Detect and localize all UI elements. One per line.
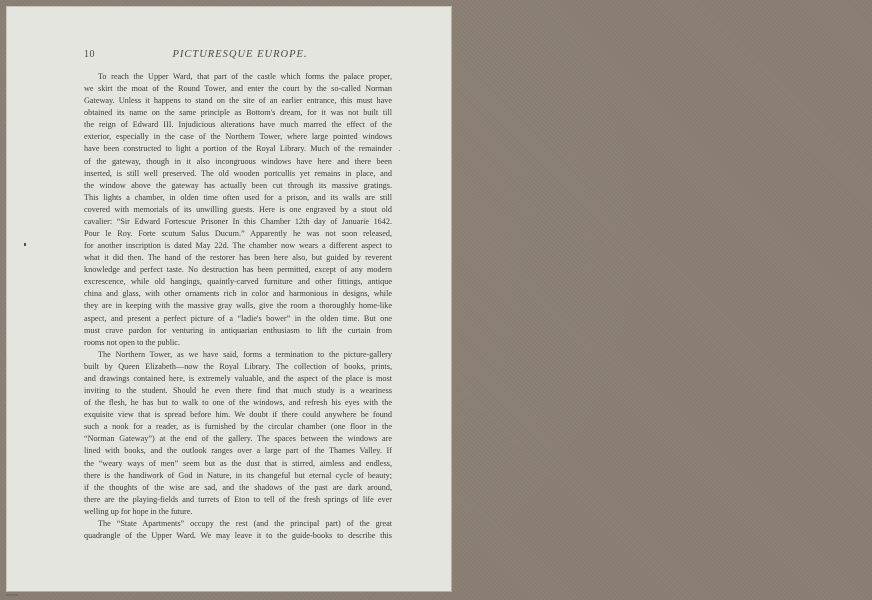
text-line: Gateway. Unless it happens to stand on t…: [84, 95, 392, 107]
running-title: PICTURESQUE EUROPE.: [84, 49, 396, 60]
paragraph-1: To reach the Upper Ward, that part of th…: [84, 71, 392, 349]
text-line: The “State Apartments” occupy the rest (…: [84, 518, 392, 530]
text-line: and drawings contained here, is extremel…: [84, 373, 392, 385]
text-line: the “weary ways of men” seem but as the …: [84, 458, 392, 470]
text-line: the window above the gateway has actuall…: [84, 180, 392, 192]
text-line: excrescence, while old hangings, quaintl…: [84, 276, 392, 288]
text-line: have been constructed to light a portion…: [84, 143, 392, 155]
text-line: there are the playing-fields and turrets…: [84, 494, 392, 506]
text-line: cavalier: “Sir Edward Fortescue Prisoner…: [84, 216, 392, 228]
paper-speck: [24, 243, 26, 246]
text-line: of the flesh, he has but to walk to one …: [84, 397, 392, 409]
text-line: china and glass, with other ornaments ri…: [84, 288, 392, 300]
text-line: Pour le Roy. Forte scutum Salus Ducum.” …: [84, 228, 392, 240]
text-line: they are in keeping with the massive gra…: [84, 300, 392, 312]
text-line: such a nook for a reader, as is furnishe…: [84, 421, 392, 433]
page-header: 10 PICTURESQUE EUROPE.: [84, 49, 396, 63]
text-line: of the gateway, though in it also incong…: [84, 156, 392, 168]
text-line: must crave pardon for venturing in antiq…: [84, 325, 392, 337]
scan-corner-mark: [6, 594, 18, 596]
text-line: To reach the Upper Ward, that part of th…: [84, 71, 392, 83]
text-line: if the thoughts of the wise are sad, and…: [84, 482, 392, 494]
text-line: The Northern Tower, as we have said, for…: [84, 349, 392, 361]
text-line: we skirt the moat of the Round Tower, an…: [84, 83, 392, 95]
text-line: covered with memorials of its unwilling …: [84, 204, 392, 216]
text-line: “Norman Gateway”) at the end of the gall…: [84, 433, 392, 445]
text-line: built by Queen Elizabeth—now the Royal L…: [84, 361, 392, 373]
paragraph-2: The Northern Tower, as we have said, for…: [84, 349, 392, 518]
paragraph-3: The “State Apartments” occupy the rest (…: [84, 518, 392, 542]
text-line: there is the handiwork of God in Nature,…: [84, 470, 392, 482]
text-line: what it did then. The hand of the restor…: [84, 252, 392, 264]
text-line: for another inscription is dated May 22d…: [84, 240, 392, 252]
text-line: This lights a chamber, in olden time oft…: [84, 192, 392, 204]
text-line: inviting to the student. Should he even …: [84, 385, 392, 397]
body-text: To reach the Upper Ward, that part of th…: [84, 71, 392, 542]
text-line: obtained its name on the same principle …: [84, 107, 392, 119]
text-line: exquisite view that is spread before him…: [84, 409, 392, 421]
text-line: inserted, is still well preserved. The o…: [84, 168, 392, 180]
scanned-book-page: 10 PICTURESQUE EUROPE. To reach the Uppe…: [7, 7, 451, 591]
text-line: aspect, and present a perfect picture of…: [84, 313, 392, 325]
paper-speck: [399, 150, 400, 151]
text-line: rooms not open to the public.: [84, 337, 392, 349]
text-line: lined with books, and the outlook ranges…: [84, 445, 392, 457]
text-line: exterior, especially in the case of the …: [84, 131, 392, 143]
text-line: quadrangle of the Upper Ward. We may lea…: [84, 530, 392, 542]
text-line: welling up for hope in the future.: [84, 506, 392, 518]
text-line: knowledge and perfect taste. No destruct…: [84, 264, 392, 276]
text-line: the reign of Edward III. Injudicious alt…: [84, 119, 392, 131]
